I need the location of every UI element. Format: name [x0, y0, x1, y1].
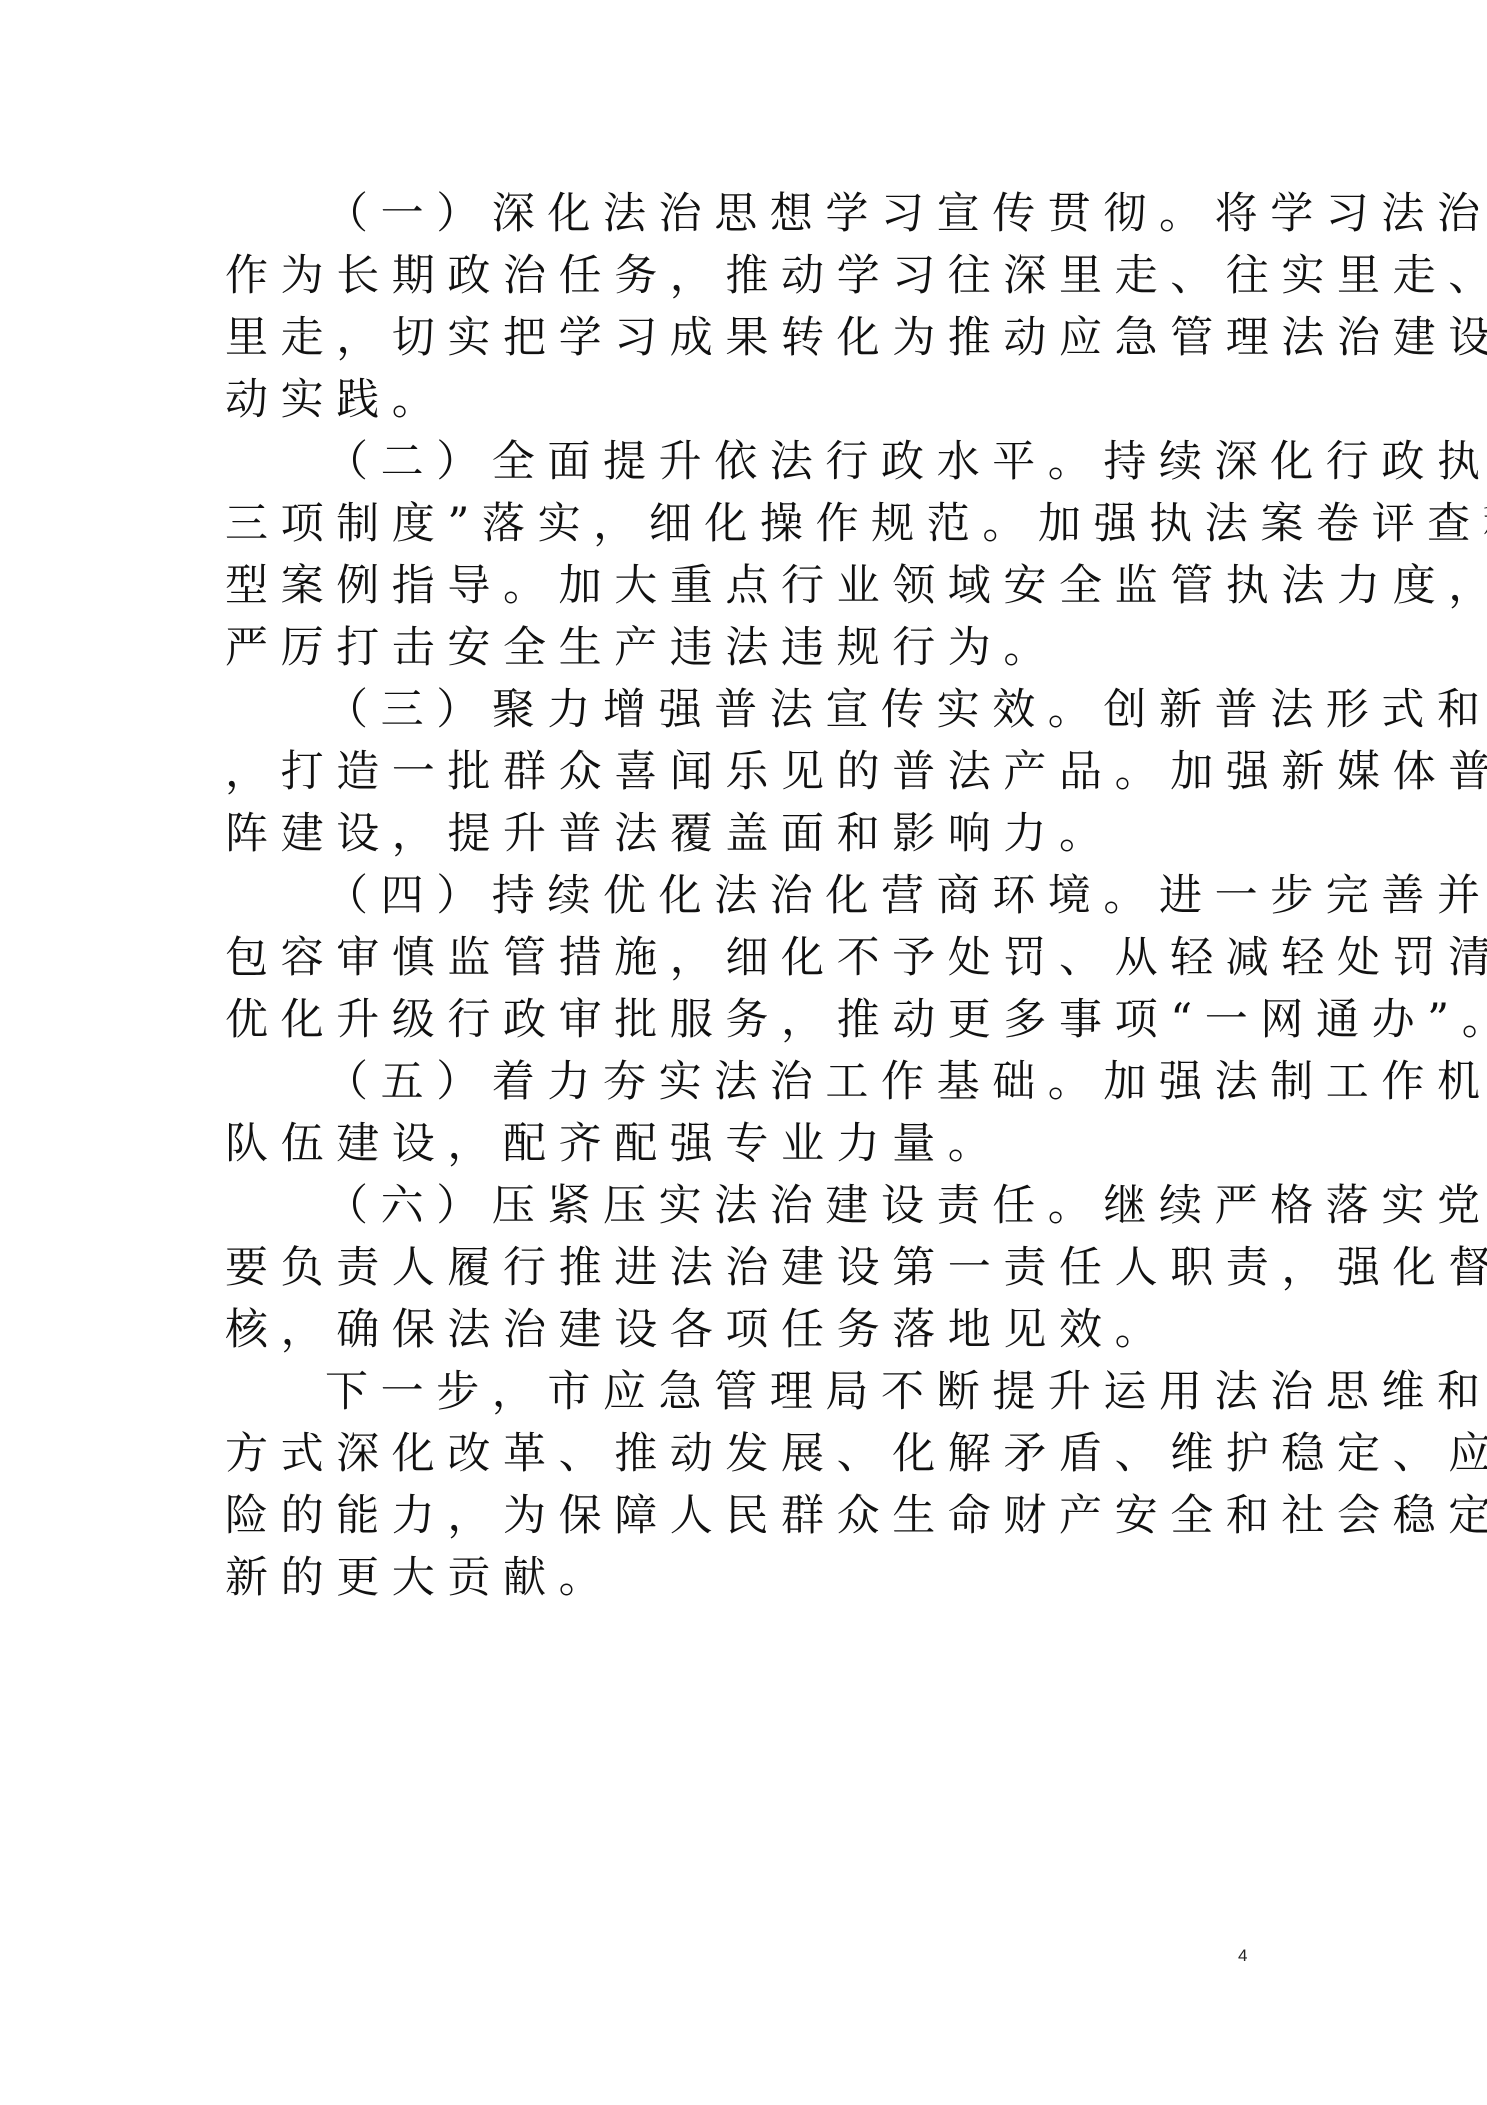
paragraph-line: （四）持续优化法治化营商环境。进一步完善并落实 — [225, 865, 1255, 927]
paragraph-law-based-administration: （二）全面提升依法行政水平。持续深化行政执法“ 三项制度”落实，细化操作规范。加… — [225, 431, 1255, 679]
paragraph-next-steps: 下一步，市应急管理局不断提升运用法治思维和法治 方式深化改革、推动发展、化解矛盾… — [225, 1361, 1255, 1609]
paragraph-line: 队伍建设，配齐配强专业力量。 — [225, 1113, 1255, 1175]
paragraph-line: 里走，切实把学习成果转化为推动应急管理法治建设的生 — [225, 307, 1255, 369]
paragraph-line: 作为长期政治任务，推动学习往深里走、往实里走、往心 — [225, 245, 1255, 307]
document-body: （一）深化法治思想学习宣传贯彻。将学习法治思想 作为长期政治任务，推动学习往深里… — [225, 183, 1255, 1609]
page-number: 4 — [1238, 1946, 1247, 1966]
paragraph-legal-publicity: （三）聚力增强普法宣传实效。创新普法形式和载体 ，打造一批群众喜闻乐见的普法产品… — [225, 679, 1255, 865]
paragraph-line: 新的更大贡献。 — [225, 1547, 1255, 1609]
paragraph-responsibility: （六）压紧压实法治建设责任。继续严格落实党政主 要负责人履行推进法治建设第一责任… — [225, 1175, 1255, 1361]
paragraph-line: 优化升级行政审批服务，推动更多事项“一网通办”。 — [225, 989, 1255, 1051]
paragraph-line: （三）聚力增强普法宣传实效。创新普法形式和载体 — [225, 679, 1255, 741]
paragraph-line: 型案例指导。加大重点行业领域安全监管执法力度，依法 — [225, 555, 1255, 617]
paragraph-line: 要负责人履行推进法治建设第一责任人职责，强化督查考 — [225, 1237, 1255, 1299]
paragraph-line: （六）压紧压实法治建设责任。继续严格落实党政主 — [225, 1175, 1255, 1237]
paragraph-line: 下一步，市应急管理局不断提升运用法治思维和法治 — [225, 1361, 1255, 1423]
paragraph-line: 方式深化改革、推动发展、化解矛盾、维护稳定、应对风 — [225, 1423, 1255, 1485]
paragraph-line: 动实践。 — [225, 369, 1255, 431]
paragraph-line: 严厉打击安全生产违法违规行为。 — [225, 617, 1255, 679]
paragraph-line: 核，确保法治建设各项任务落地见效。 — [225, 1299, 1255, 1361]
paragraph-business-environment: （四）持续优化法治化营商环境。进一步完善并落实 包容审慎监管措施，细化不予处罚、… — [225, 865, 1255, 1051]
paragraph-line: （二）全面提升依法行政水平。持续深化行政执法“ — [225, 431, 1255, 493]
paragraph-line: 包容审慎监管措施，细化不予处罚、从轻减轻处罚清单。 — [225, 927, 1255, 989]
paragraph-line: 阵建设，提升普法覆盖面和影响力。 — [225, 803, 1255, 865]
paragraph-line: 三项制度”落实，细化操作规范。加强执法案卷评查和典 — [225, 493, 1255, 555]
paragraph-legal-work-foundation: （五）着力夯实法治工作基础。加强法制工作机构和 队伍建设，配齐配强专业力量。 — [225, 1051, 1255, 1175]
paragraph-line: （五）着力夯实法治工作基础。加强法制工作机构和 — [225, 1051, 1255, 1113]
paragraph-line: （一）深化法治思想学习宣传贯彻。将学习法治思想 — [225, 183, 1255, 245]
paragraph-legal-thought-study: （一）深化法治思想学习宣传贯彻。将学习法治思想 作为长期政治任务，推动学习往深里… — [225, 183, 1255, 431]
paragraph-line: 险的能力，为保障人民群众生命财产安全和社会稳定作出 — [225, 1485, 1255, 1547]
document-page: （一）深化法治思想学习宣传贯彻。将学习法治思想 作为长期政治任务，推动学习往深里… — [0, 0, 1487, 2105]
paragraph-line: ，打造一批群众喜闻乐见的普法产品。加强新媒体普法矩 — [225, 741, 1255, 803]
